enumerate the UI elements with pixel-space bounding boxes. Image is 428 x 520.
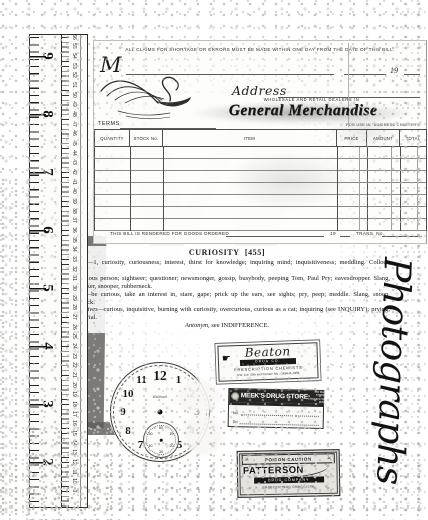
ruler-small-numeral: 20 [71, 382, 77, 388]
ruler-small-numeral: 27 [71, 314, 77, 320]
subdial-numeral: 60 [159, 426, 163, 430]
ruler-inch-numeral: 6 [39, 226, 56, 234]
dictionary-paragraph: Nouns—1, curiosity, curiousness; interes… [64, 259, 390, 275]
ruler-small-numeral: 9 [71, 490, 77, 493]
beaton-chemist-label: ☛ Beaton DRUG CO. PRESCRIPTION CHEMISTS … [217, 342, 318, 381]
cents-rule [391, 147, 392, 231]
ruler-small-numeral: 40 [71, 189, 77, 195]
ruler-small-numeral: 39 [71, 198, 77, 204]
dictionary-paragraph: Adjectives—curious, inquisitive, burning… [64, 306, 390, 322]
ruler-small-numeral: 51 [71, 82, 77, 88]
ruler-small-numeral: 36 [71, 227, 77, 233]
left-distress-texture [0, 180, 30, 520]
ruler-small-numeral: 28 [71, 305, 77, 311]
photographs-script-text: Photographs [367, 256, 419, 509]
column-header: PRICE [337, 130, 367, 146]
column-rule [367, 147, 368, 231]
distress-erosion [184, 414, 222, 456]
column-header: STOCK No. [130, 130, 163, 146]
ruler-small-numeral: 53 [71, 63, 77, 69]
stamp-collage-sheet: M ALL CLAIMS FOR SHORTAGE OR ERRORS MUST… [0, 0, 428, 520]
meeks-address-line2: CROOKSTON, MINN. [308, 396, 327, 404]
cents-rule [417, 147, 418, 231]
paragraph-text: 1, curiosity, curiousness; interest, thi… [64, 259, 390, 274]
billhead-invoice: ALL CLAIMS FOR SHORTAGE OR ERRORS MUST B… [93, 40, 427, 244]
patterson-poison-label: ☠ POISON CAUTION ☠ PATTERSON DRUG COMPAN… [237, 449, 341, 498]
pocket-watch-face: 12 1 2 3 4 5 7 8 9 10 11 Waltham 60 10 2… [110, 362, 210, 462]
pointing-hand-icon: ☛ [222, 353, 231, 364]
ruler-small-numeral: 50 [71, 92, 77, 98]
ruler-small-numeral: 23 [71, 353, 77, 359]
ruler-inch-ticks [30, 56, 46, 507]
footer-blank-line [226, 236, 324, 237]
column-header: ITEM [163, 130, 337, 146]
ruler-small-numeral: 55 [71, 44, 77, 50]
seconds-subdial: 60 10 20 30 40 50 [143, 422, 179, 458]
ruler-small-numeral: 22 [71, 363, 77, 369]
dictionary-paragraph: 2, curious person; sightseer; questioner… [64, 275, 390, 291]
ruler-small-numeral: 42 [71, 169, 77, 175]
patterson-druggists-line: PRESCRIPTION DRUGGISTS [238, 484, 339, 490]
paragraph-text: curious, inquisitive, burning with curio… [64, 306, 390, 321]
ruler-small-numeral: 33 [71, 256, 77, 262]
column-header: AMOUNT [367, 130, 400, 146]
column-header: QUANTITY [95, 130, 130, 146]
ruler-small-numeral: 10 [71, 479, 77, 485]
watch-numeral: 8 [125, 425, 131, 437]
column-rule [130, 147, 131, 231]
write-in-line [241, 410, 293, 416]
ruler-small-numeral: 14 [71, 440, 77, 446]
ruler-small-numeral: 12 [71, 459, 77, 465]
ruler-small-numeral: 29 [71, 295, 77, 301]
ruler-small-numeral: 54 [71, 53, 77, 59]
ruler-inch-numeral: 7 [39, 168, 56, 176]
subdial-numeral: 30 [159, 450, 163, 454]
ruler-inch-numeral: 5 [39, 284, 56, 292]
ruler-inch-numeral: 2 [39, 458, 56, 466]
headword-text: CURIOSITY [189, 248, 240, 257]
ruler-small-numeral: 56 [71, 34, 77, 40]
subdial-numeral: 10 [170, 432, 174, 436]
terms-label: TERMS [98, 121, 120, 127]
paragraph-lead: Antonym, [185, 322, 210, 329]
date-blank-line [344, 74, 386, 75]
watch-numeral: 9 [120, 406, 126, 418]
year-blank-line [404, 74, 420, 75]
entry-number: [455] [245, 248, 265, 257]
table-body-rows [95, 147, 426, 231]
ruler-small-numeral: 13 [71, 450, 77, 456]
ruler-small-numeral: 52 [71, 73, 77, 79]
subdial-numeral: 50 [149, 432, 153, 436]
ruler-small-numeral: 19 [71, 392, 77, 398]
dictionary-headword: CURIOSITY [455] [64, 248, 390, 257]
footer-year-label: 19 [330, 231, 336, 236]
watch-numeral: 11 [136, 374, 146, 386]
ruler-small-numeral: 48 [71, 111, 77, 117]
ruler-small-numeral: 31 [71, 276, 77, 282]
meeks-field-label: Dr. [233, 420, 238, 424]
ruler-small-numeral: 35 [71, 237, 77, 243]
subdial-numeral: 40 [149, 444, 153, 448]
line-item-table: QUANTITY STOCK No. ITEM PRICE AMOUNT TOT… [94, 129, 427, 231]
meeks-write-in-row: Dr. [233, 419, 319, 426]
dictionary-antonym-line: Antonym, see INDIFFERENCE. [64, 322, 390, 330]
ruler-small-numeral: 45 [71, 140, 77, 146]
ruler-small-numeral: 34 [71, 247, 77, 253]
poison-caution-text: POISON CAUTION [265, 456, 312, 462]
mortar-pestle-emblem-icon [231, 392, 239, 400]
ruler-inch-numeral: 9 [39, 52, 56, 60]
skull-crossbones-icon: ☠ [245, 457, 250, 462]
write-in-line [240, 419, 319, 426]
watch-brand-text: Waltham [153, 395, 168, 399]
column-rule [163, 147, 164, 231]
ruler-small-numeral: 16 [71, 421, 77, 427]
cents-rule [359, 147, 360, 231]
year-label: 19 [390, 66, 398, 75]
ruler-small-numeral: 24 [71, 343, 77, 349]
watch-numeral: 1 [176, 374, 182, 386]
column-header: TOTAL [400, 130, 426, 146]
ruler-small-numeral: 21 [71, 372, 77, 378]
ruler-small-numeral: 17 [71, 411, 77, 417]
ruler-small-ticks [62, 37, 69, 507]
claims-notice: ALL CLAIMS FOR SHORTAGE OR ERRORS MUST B… [94, 47, 426, 52]
meeks-drug-store-label: MEEK'S DRUG STORE 606 MAIN STREET CROOKS… [228, 388, 325, 429]
meeks-title: MEEK'S DRUG STORE [241, 392, 308, 400]
trans-no-line [382, 236, 422, 237]
business-chatter-note: FOR USE IN “BUSINESS CHATTER” [346, 123, 418, 127]
column-rule [337, 147, 338, 231]
ruler-small-numeral: 44 [71, 150, 77, 156]
paragraph-text: be curious, take an interest in, stare, … [64, 291, 390, 306]
meeks-field-label: No. [233, 411, 239, 415]
column-rule [400, 147, 401, 231]
trans-no-label: TRANS. No. [356, 231, 384, 236]
ruler-small-numeral: 47 [71, 121, 77, 127]
ruler-small-numeral: 49 [71, 102, 77, 108]
vertical-ruler: 98765432 5655545352515049484746454443424… [29, 34, 88, 508]
footer-year-line [340, 236, 350, 237]
ruler-inch-numeral: 4 [39, 342, 56, 350]
ruler-small-numeral: 30 [71, 285, 77, 291]
ruler-inch-numeral: 8 [39, 110, 56, 118]
ruler-small-numeral: 11 [71, 469, 77, 474]
ruler-small-numeral: 25 [71, 334, 77, 340]
ruler-small-numeral: 41 [71, 179, 77, 185]
address-label: Address [232, 83, 287, 98]
subdial-numeral: 20 [170, 444, 174, 448]
meeks-write-in-row: No. [233, 410, 319, 417]
subdial-center-post [160, 439, 163, 442]
footer-line-text: THIS BILL IS RENDERED FOR GOODS ORDERED [110, 231, 229, 236]
business-name: General Merchandise [194, 102, 412, 120]
write-in-line [295, 411, 319, 417]
ruler-small-numeral: 43 [71, 160, 77, 166]
watch-numeral: 10 [123, 388, 134, 400]
dictionary-paragraph: Verbs—be curious, take an interest in, s… [64, 291, 390, 307]
meeks-address: 606 MAIN STREET CROOKSTON, MINN. [308, 390, 327, 404]
ruler-small-numeral: 32 [71, 266, 77, 272]
ruler-small-numeral: 37 [71, 218, 77, 224]
ruler-small-numeral: 18 [71, 401, 77, 407]
ruler-small-numeral: 38 [71, 208, 77, 214]
watch-numeral: 12 [153, 368, 167, 384]
skull-crossbones-icon: ☠ [327, 456, 332, 461]
ruler-divider-light [80, 35, 81, 507]
watch-center-post [158, 410, 163, 415]
distress-erosion [178, 380, 220, 414]
ruler-small-numeral: 46 [71, 131, 77, 137]
paragraph-text: see INDIFFERENCE. [210, 322, 269, 329]
table-header-row: QUANTITY STOCK No. ITEM PRICE AMOUNT TOT… [95, 130, 426, 147]
paragraph-text: curious person; sightseer; questioner; n… [64, 275, 390, 290]
patterson-company-bar: DRUG COMPANY [254, 476, 324, 483]
dictionary-entry-curiosity: CURIOSITY [455] Nouns—1, curiosity, curi… [60, 246, 394, 333]
meeks-header-band: MEEK'S DRUG STORE 606 MAIN STREET CROOKS… [229, 389, 323, 404]
ruler-inch-numeral: 3 [39, 400, 56, 408]
ruler-small-numeral: 15 [71, 430, 77, 436]
ruler-small-numeral: 26 [71, 324, 77, 330]
